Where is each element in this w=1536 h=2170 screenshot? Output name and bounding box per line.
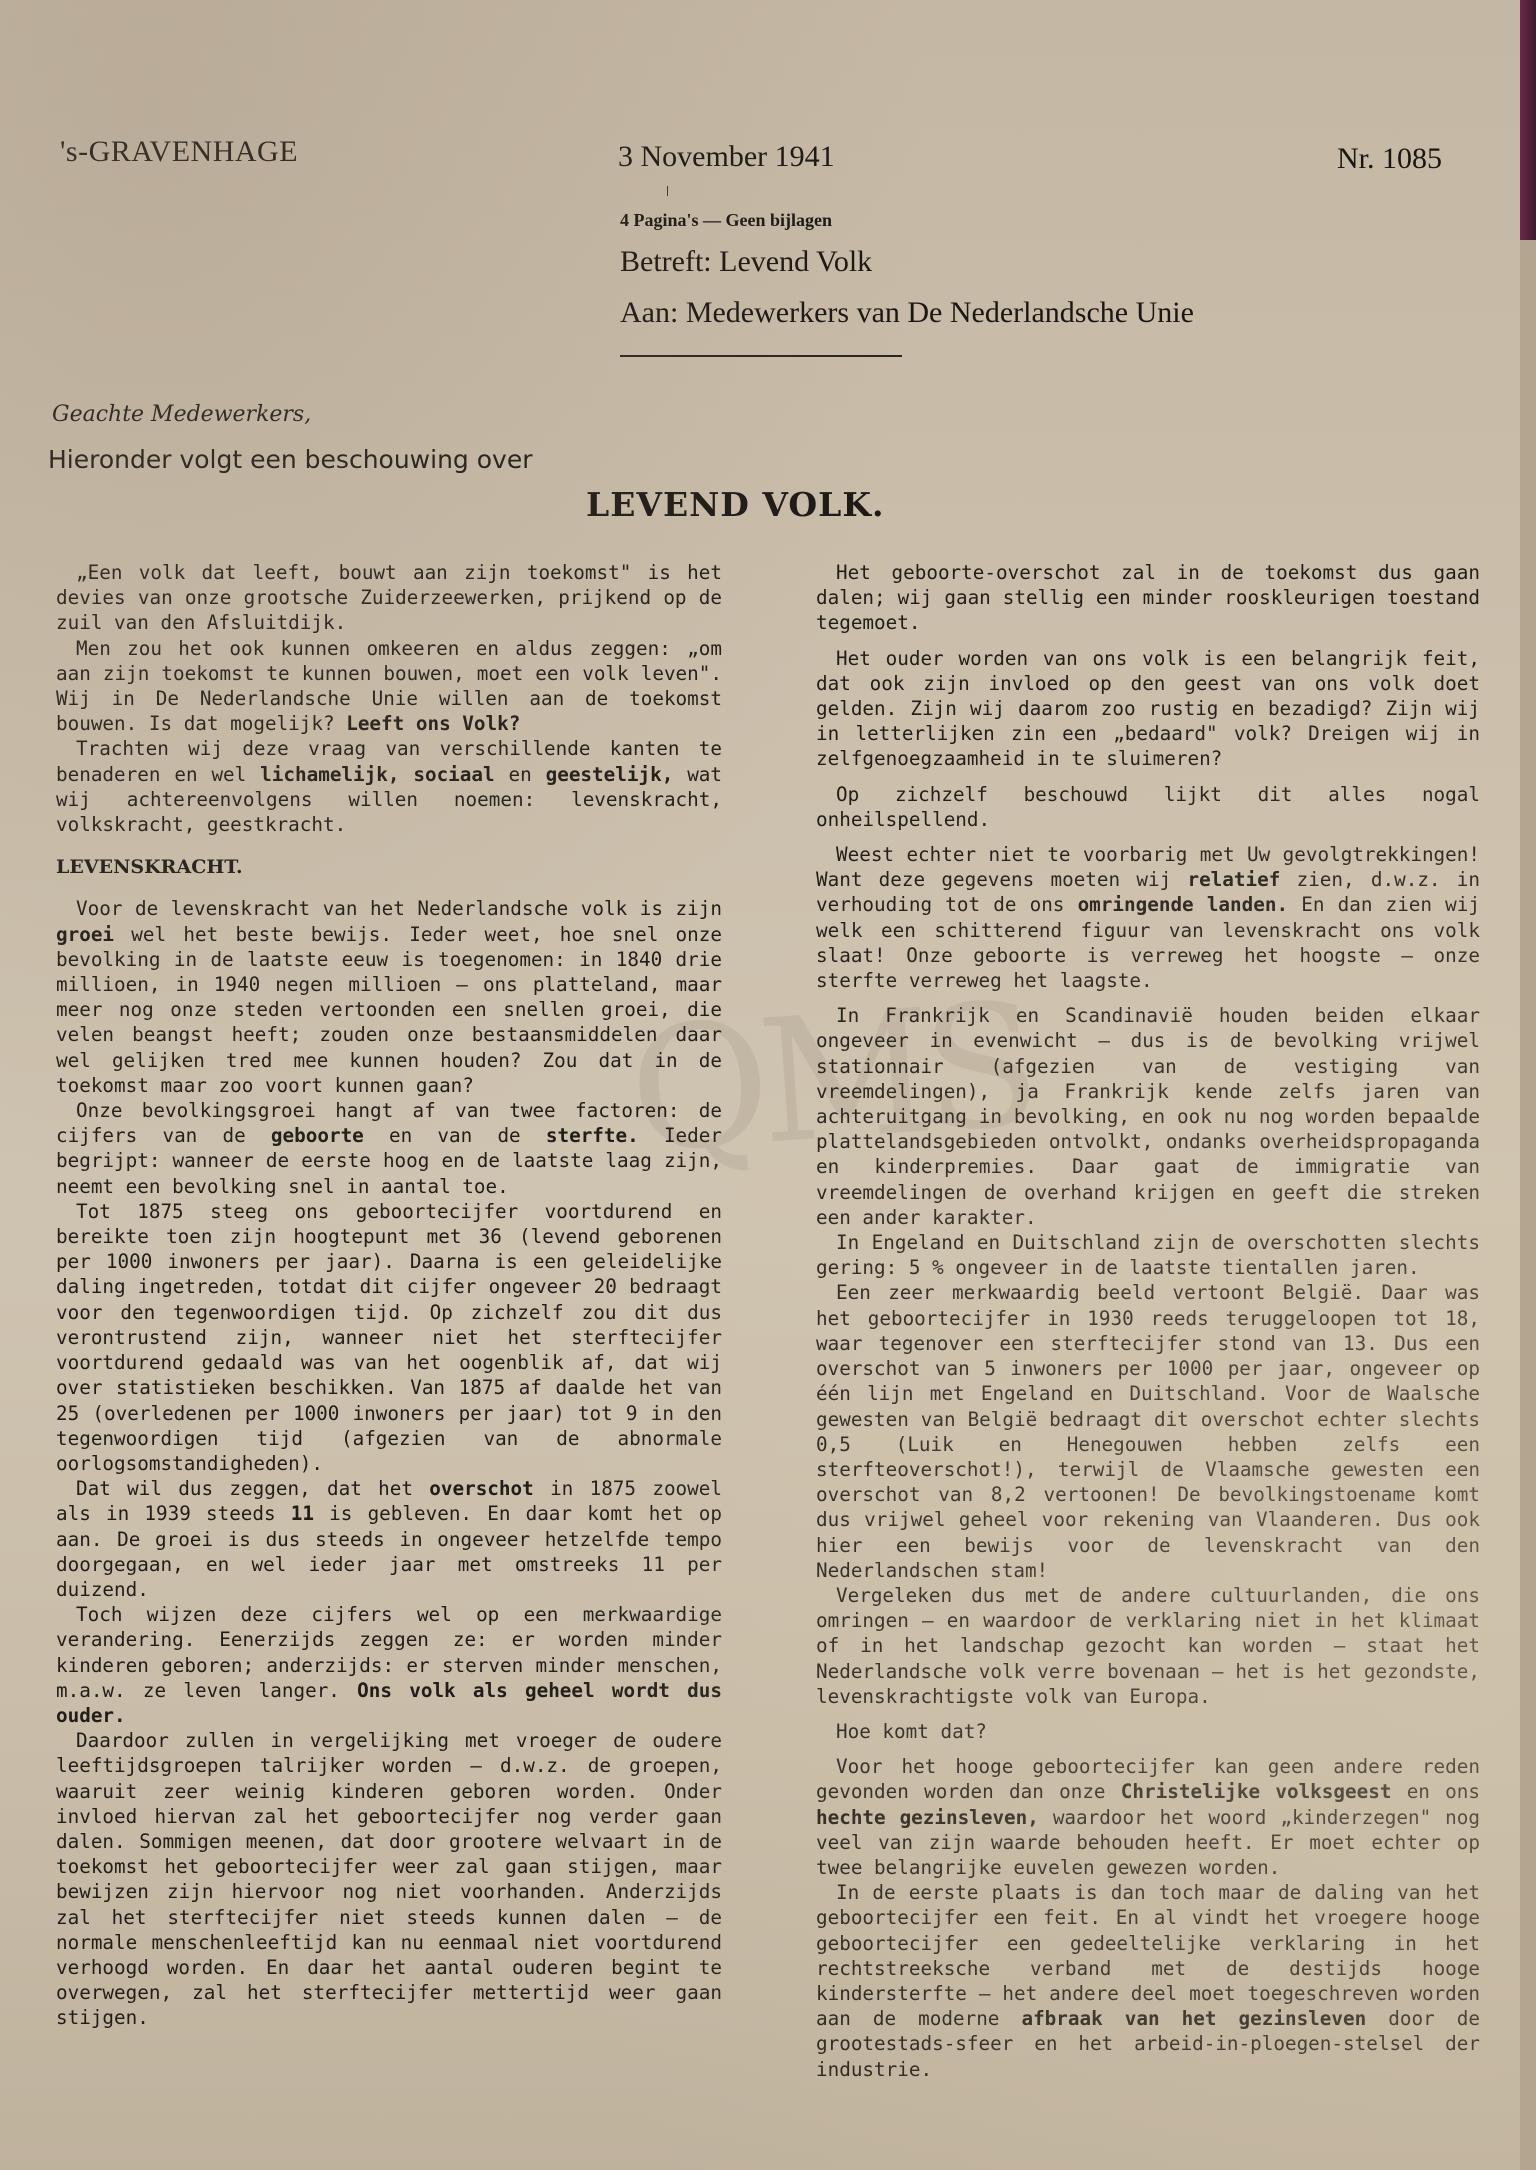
emphasis-text: lichamelijk, sociaal [260,763,494,786]
emphasis-text: omringende landen. [1078,893,1289,916]
paragraph: Hoe komt dat? [816,1719,1480,1744]
salutation: Geachte Medewerkers, [52,402,311,427]
body-text: Op zichzelf beschouwd lijkt dit alles no… [816,783,1480,831]
emphasis-text: relatief [1187,868,1280,891]
emphasis-text: afbraak van het gezinsleven [1021,2007,1366,2030]
mark-tick [667,186,668,196]
emphasis-text: Christelijke volksgeest [1121,1780,1392,1803]
paragraph: Trachten wij deze vraag van verschillend… [56,736,722,837]
paragraph: Het ouder worden van ons volk is een bel… [816,646,1480,772]
emphasis-text: 11 [291,1502,314,1525]
paragraph: Voor de levenskracht van het Nederlandsc… [56,896,722,1098]
body-text: Het ouder worden van ons volk is een bel… [816,647,1480,771]
document-page: QMS 's-GRAVENHAGE 3 November 1941 Nr. 10… [0,0,1520,2170]
header-date: 3 November 1941 [618,140,835,174]
background-edge [1520,0,1536,240]
body-text: „Een volk dat leeft, bouwt aan zijn toek… [56,561,722,634]
body-text: Een zeer merkwaardig beeld vertoont Belg… [816,1281,1480,1581]
body-text: en ons [1391,1780,1480,1803]
paragraph: Voor het hooge geboortecijfer kan geen a… [816,1754,1480,1880]
emphasis-text: Leeft ons Volk? [346,712,520,735]
body-text: In Frankrijk en Scandinavië houden beide… [816,1004,1480,1229]
header-divider [620,355,902,357]
body-text: en van de [364,1124,546,1147]
left-column: „Een volk dat leeft, bouwt aan zijn toek… [56,560,722,2031]
paragraph: Weest echter niet te voorbarig met Uw ge… [816,842,1480,993]
body-text: Hoe komt dat? [836,1720,987,1743]
body-text: Dat wil dus zeggen, dat het [76,1477,429,1500]
paragraph: „Een volk dat leeft, bouwt aan zijn toek… [56,560,722,636]
emphasis-text: hechte gezinsleven, [816,1806,1039,1829]
body-text: Tot 1875 steeg ons geboortecijfer voortd… [56,1200,722,1475]
emphasis-text: geestelijk, [546,763,674,786]
section-heading: LEVENSKRACHT. [56,855,722,880]
right-paragraphs: Het geboorte-overschot zal in de toekoms… [816,560,1480,2082]
emphasis-text: groei [56,923,114,946]
header-number: Nr. 1085 [1337,142,1442,176]
header-place: 's-GRAVENHAGE [60,135,298,169]
page-edge [1520,240,1536,2170]
body-text: Vergeleken dus met de andere cultuurland… [816,1584,1480,1708]
intro-line: Hieronder volgt een beschouwing over [48,445,533,474]
emphasis-text: geboorte [271,1124,364,1147]
paragraph: In de eerste plaats is dan toch maar de … [816,1880,1480,2082]
page-count-note: 4 Pagina's — Geen bijlagen [620,210,832,231]
paragraph: Dat wil dus zeggen, dat het overschot in… [56,1476,722,1602]
paragraph: Een zeer merkwaardig beeld vertoont Belg… [816,1280,1480,1582]
right-column: Het geboorte-overschot zal in de toekoms… [816,560,1480,2082]
emphasis-text: overschot [429,1477,533,1500]
paragraph: In Frankrijk en Scandinavië houden beide… [816,1003,1480,1230]
paragraph: Men zou het ook kunnen omkeeren en aldus… [56,636,722,737]
paragraph: Tot 1875 steeg ons geboortecijfer voortd… [56,1199,722,1476]
paragraph: Onze bevolkingsgroei hangt af van twee f… [56,1098,722,1199]
body-text: Daardoor zullen in vergelijking met vroe… [56,1729,722,2029]
body-text: wel het beste bewijs. Ieder weet, hoe sn… [56,923,722,1097]
paragraph: Vergeleken dus met de andere cultuurland… [816,1583,1480,1709]
recipient-line: Aan: Medewerkers van De Nederlandsche Un… [620,296,1194,330]
left-intro-paragraphs: „Een volk dat leeft, bouwt aan zijn toek… [56,560,722,837]
body-text: Voor de levenskracht van het Nederlandsc… [76,897,722,920]
subject-line: Betreft: Levend Volk [620,245,872,279]
body-text: In Engeland en Duitschland zijn de overs… [816,1231,1480,1279]
paragraph: In Engeland en Duitschland zijn de overs… [816,1230,1480,1280]
emphasis-text: sterfte. [546,1124,639,1147]
body-text: Het geboorte-overschot zal in de toekoms… [816,561,1480,634]
paragraph: Op zichzelf beschouwd lijkt dit alles no… [816,782,1480,832]
paragraph: Daardoor zullen in vergelijking met vroe… [56,1728,722,2030]
left-section-paragraphs: Voor de levenskracht van het Nederlandsc… [56,896,722,2030]
paragraph: Het geboorte-overschot zal in de toekoms… [816,560,1480,636]
paragraph: Toch wijzen deze cijfers wel op een merk… [56,1602,722,1728]
body-text: en [495,763,546,786]
main-title: LEVEND VOLK. [586,485,885,524]
